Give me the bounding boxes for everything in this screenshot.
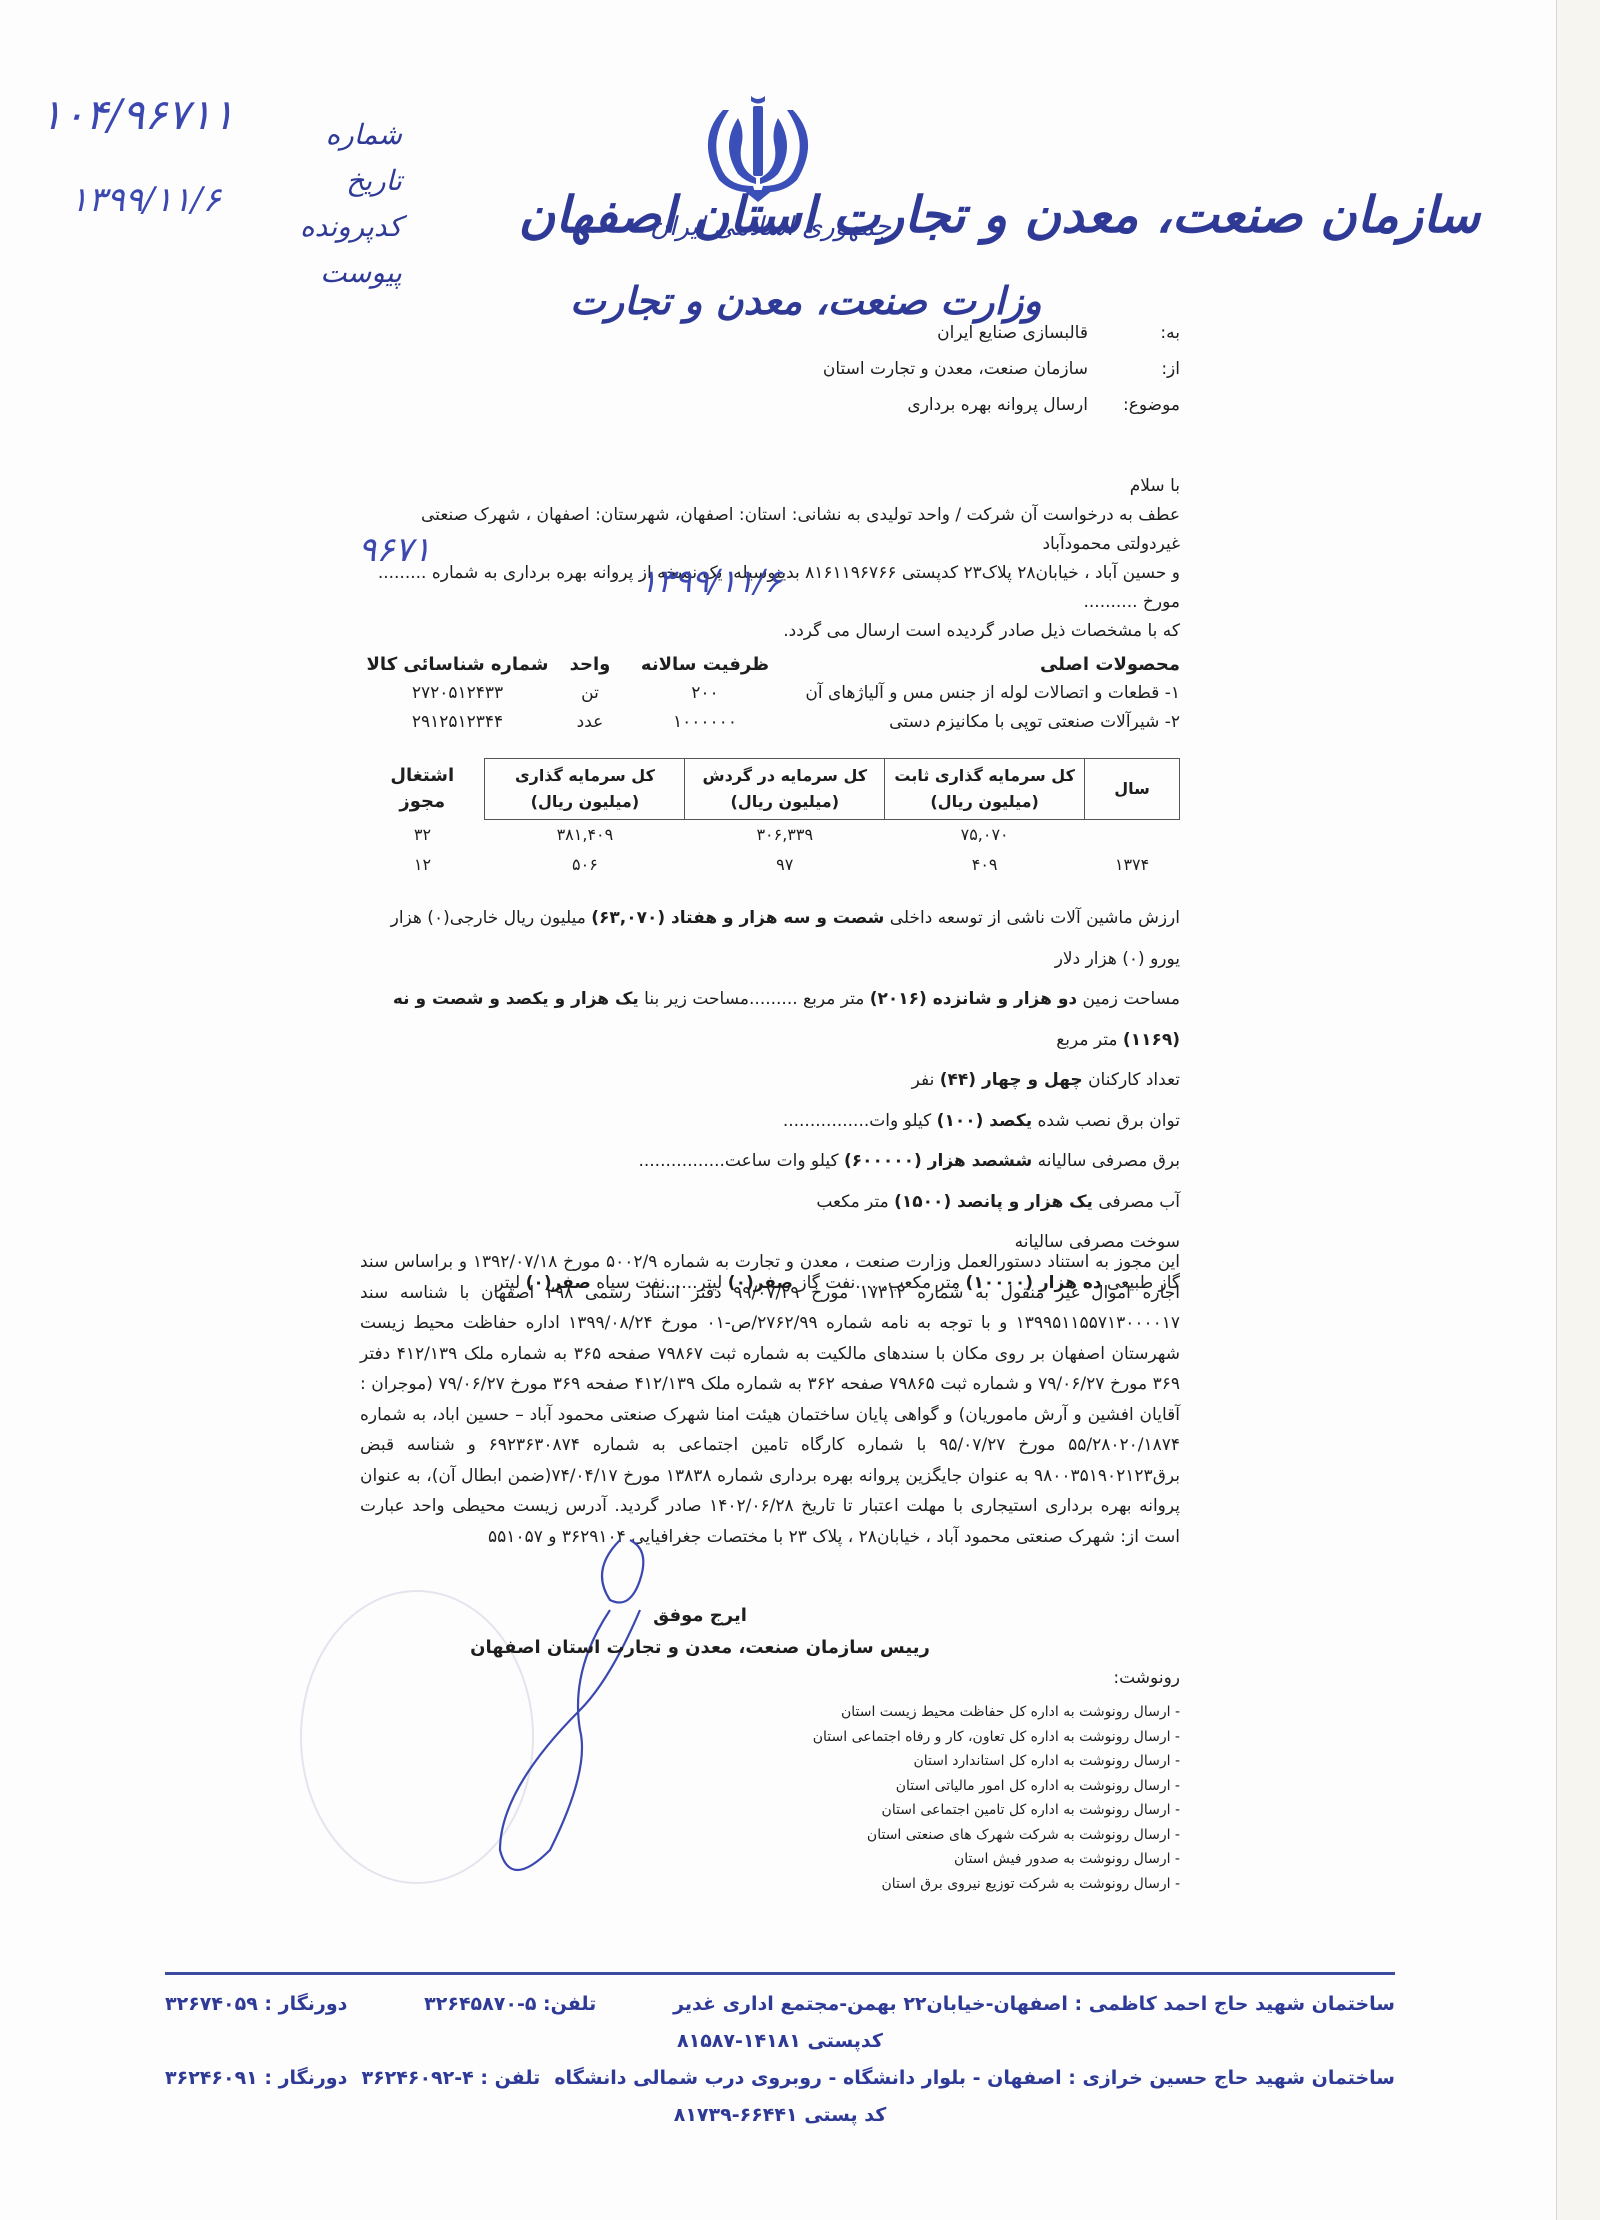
from-value: سازمان صنعت، معدن و تجارت استان: [823, 351, 1088, 387]
product-code: ۲۹۱۲۵۱۲۳۴۴: [360, 708, 555, 737]
header-total-investment: کل سرمایه گذاری(میلیون ریال): [485, 759, 685, 820]
cc-item: - ارسال رونوشت به شرکت شهرک های صنعتی اس…: [813, 1823, 1180, 1848]
handwritten-license-date: ۱۳۹۹/۱۱/۶: [640, 562, 782, 600]
cc-label: رونوشت:: [1113, 1668, 1180, 1688]
cell-total: ۳۸۱,۴۰۹: [485, 820, 685, 851]
footer-building-2: ساختمان شهید حاج حسین خرازی : اصفهان - ب…: [165, 2059, 1395, 2097]
building1-address: ساختمان شهید حاج احمد کاظمی : اصفهان-خیا…: [673, 1993, 1395, 2015]
building1-fax: دورنگار : ۳۲۶۷۴۰۵۹: [165, 1993, 347, 2015]
header-year: سال: [1085, 759, 1180, 820]
specs-section: ارزش ماشین آلات ناشی از توسعه داخلی شصت …: [360, 898, 1180, 1303]
product-unit: تن: [555, 679, 625, 708]
investment-table-header: سال کل سرمایه گذاری ثابت(میلیون ریال) کل…: [360, 759, 1180, 820]
investment-table: سال کل سرمایه گذاری ثابت(میلیون ریال) کل…: [360, 758, 1180, 880]
header-working-capital: کل سرمایه در گردش(میلیون ریال): [685, 759, 885, 820]
cell-total: ۵۰۶: [485, 850, 685, 880]
cc-list: - ارسال رونوشت به اداره کل حفاظت محیط زی…: [813, 1700, 1180, 1896]
spec-staff: تعداد کارکنان چهل و چهار (۴۴) نفر: [360, 1060, 1180, 1101]
spec-power: توان برق نصب شده یکصد (۱۰۰) کیلو وات....…: [360, 1101, 1180, 1142]
signature-block: ایرج موفق رییس سازمان صنعت، معدن و تجارت…: [450, 1600, 950, 1664]
header-jobs: اشتغال مجوز: [360, 759, 485, 820]
spec-water: آب مصرفی یک هزار و پانصد (۱۵۰۰) متر مکعب: [360, 1182, 1180, 1223]
intro-line-1: عطف به درخواست آن شرکت / واحد تولیدی به …: [360, 501, 1180, 559]
product-capacity: ۱۰۰۰۰۰۰: [625, 708, 785, 737]
building1-phone: تلفن: ۵-۳۲۶۴۵۸۷۰: [424, 1993, 596, 2015]
greeting: با سلام: [360, 472, 1180, 501]
building2-phone: تلفن : ۴-۳۶۲۴۶۰۹۲: [361, 2067, 540, 2089]
subject-value: ارسال پروانه بهره برداری: [907, 387, 1088, 423]
product-code: ۲۷۲۰۵۱۲۴۳۳: [360, 679, 555, 708]
to-row: به: قالبسازی صنایع ایران: [823, 315, 1180, 351]
table-row: ۷۵,۰۷۰ ۳۰۶,۳۳۹ ۳۸۱,۴۰۹ ۳۲: [360, 820, 1180, 851]
product-row: ۲- شیرآلات صنعتی توپی با مکانیزم دستی ۱۰…: [360, 708, 1180, 737]
cell-jobs: ۱۲: [360, 850, 485, 880]
products-section: محصولات اصلی ظرفیت سالانه واحد شماره شنا…: [360, 650, 1180, 737]
cell-year: ۱۳۷۴: [1085, 850, 1180, 880]
cc-item: - ارسال رونوشت به اداره کل تعاون، کار و …: [813, 1725, 1180, 1750]
header-fixed-investment: کل سرمایه گذاری ثابت(میلیون ریال): [885, 759, 1085, 820]
product-name: ۱- قطعات و اتصالات لوله از جنس مس و آلیا…: [785, 679, 1180, 708]
building1-postal: کدپستی ۱۴۱۸۱-۸۱۵۸۷: [165, 2023, 1395, 2059]
republic-title: جمهوری اسلامی ایران: [650, 212, 891, 242]
footer-divider: [165, 1972, 1395, 1975]
cc-item: - ارسال رونوشت به اداره کل تامین اجتماعی…: [813, 1798, 1180, 1823]
cell-fixed: ۴۰۹: [885, 850, 1085, 880]
product-row: ۱- قطعات و اتصالات لوله از جنس مس و آلیا…: [360, 679, 1180, 708]
subject-row: موضوع: ارسال پروانه بهره برداری: [823, 387, 1180, 423]
product-capacity: ۲۰۰: [625, 679, 785, 708]
building2-fax: دورنگار : ۳۶۲۴۶۰۹۱: [165, 2067, 347, 2089]
to-value: قالبسازی صنایع ایران: [937, 315, 1088, 351]
cell-working: ۹۷: [685, 850, 885, 880]
number-label: شماره: [300, 112, 402, 158]
from-label: از:: [1110, 351, 1180, 387]
spec-land: مساحت زمین دو هزار و شانزده (۲۰۱۶) متر م…: [360, 979, 1180, 1060]
from-row: از: سازمان صنعت، معدن و تجارت استان: [823, 351, 1180, 387]
product-unit: عدد: [555, 708, 625, 737]
cell-fixed: ۷۵,۰۷۰: [885, 820, 1085, 851]
cell-jobs: ۳۲: [360, 820, 485, 851]
intro-line-4: که با مشخصات ذیل صادر گردیده است ارسال م…: [360, 617, 1180, 646]
product-name: ۲- شیرآلات صنعتی توپی با مکانیزم دستی: [785, 708, 1180, 737]
subject-label: موضوع:: [1110, 387, 1180, 423]
letter-date-value: ۱۳۹۹/۱۱/۶: [70, 180, 221, 220]
letter-meta-labels: شماره تاریخ کدپرونده پیوست: [300, 112, 402, 296]
cc-item: - ارسال رونوشت به شرکت توزیع نیروی برق ا…: [813, 1872, 1180, 1897]
cc-item: - ارسال رونوشت به اداره کل استاندارد است…: [813, 1749, 1180, 1774]
products-header-capacity: ظرفیت سالانه: [625, 650, 785, 679]
building2-address: ساختمان شهید حاج حسین خرازی : اصفهان - ب…: [554, 2067, 1395, 2089]
cc-item: - ارسال رونوشت به اداره کل امور مالیاتی …: [813, 1774, 1180, 1799]
spec-electricity: برق مصرفی سالیانه ششصد هزار (۶۰۰۰۰۰) کیل…: [360, 1141, 1180, 1182]
signatory-title: رییس سازمان صنعت، معدن و تجارت استان اصف…: [450, 1632, 950, 1664]
products-header-unit: واحد: [555, 650, 625, 679]
cc-item: - ارسال رونوشت به صدور فیش استان: [813, 1847, 1180, 1872]
table-row: ۱۳۷۴ ۴۰۹ ۹۷ ۵۰۶ ۱۲: [360, 850, 1180, 880]
building2-postal: کد پستی ۶۶۴۴۱-۸۱۷۳۹: [165, 2097, 1395, 2133]
letter-number-value: ۱۰۴/۹۶۷۱۱: [40, 90, 235, 139]
cell-working: ۳۰۶,۳۳۹: [685, 820, 885, 851]
date-label: تاریخ: [300, 158, 402, 204]
cc-item: - ارسال رونوشت به اداره کل حفاظت محیط زی…: [813, 1700, 1180, 1725]
signature-scribble-icon: [470, 1520, 730, 1880]
page-edge-strip: [1557, 0, 1600, 2220]
spec-machinery: ارزش ماشین آلات ناشی از توسعه داخلی شصت …: [360, 898, 1180, 979]
products-header-code: شماره شناسائی کالا: [360, 650, 555, 679]
file-code-label: کدپرونده: [300, 204, 402, 250]
attachment-label: پیوست: [300, 250, 402, 296]
footer-building-1: ساختمان شهید حاج احمد کاظمی : اصفهان-خیا…: [165, 1985, 1395, 2023]
address-block: به: قالبسازی صنایع ایران از: سازمان صنعت…: [823, 315, 1180, 423]
intro-paragraph: با سلام عطف به درخواست آن شرکت / واحد تو…: [360, 472, 1180, 646]
footer: ساختمان شهید حاج احمد کاظمی : اصفهان-خیا…: [165, 1985, 1395, 2133]
products-header-name: محصولات اصلی: [785, 650, 1180, 679]
products-header: محصولات اصلی ظرفیت سالانه واحد شماره شنا…: [360, 650, 1180, 679]
signatory-name: ایرج موفق: [450, 1600, 950, 1632]
to-label: به:: [1110, 315, 1180, 351]
cell-year: [1085, 820, 1180, 851]
legal-paragraph: این مجوز به استناد دستورالعمل وزارت صنعت…: [360, 1247, 1180, 1552]
handwritten-license-number: ۹۶۷۱: [358, 530, 431, 570]
